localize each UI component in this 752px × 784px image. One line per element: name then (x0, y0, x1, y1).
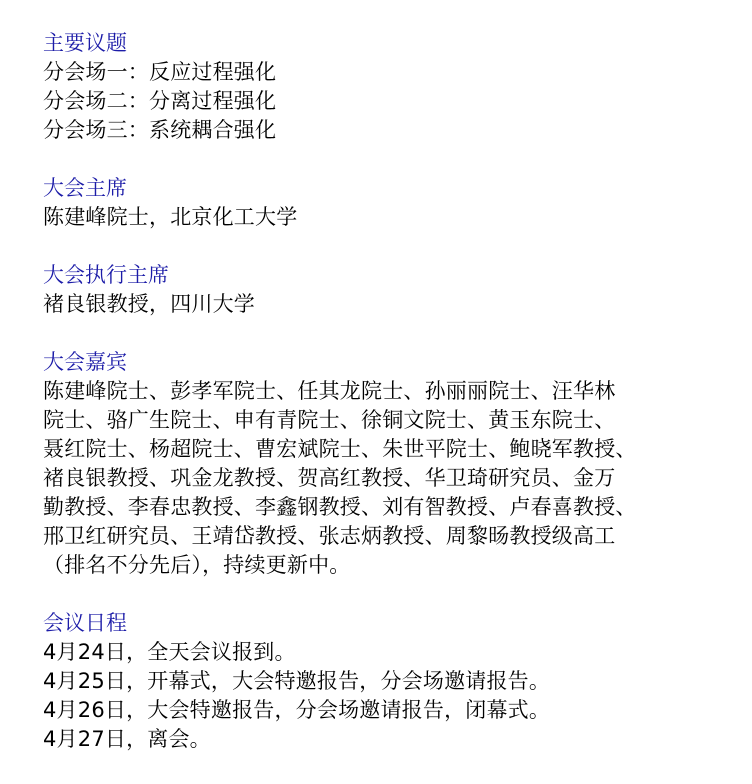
schedule-item: 4月24日，全天会议报到。 (43, 638, 743, 667)
schedule-item: 4月27日，离会。 (43, 725, 743, 754)
guest-list: 陈建峰院士、彭孝军院士、任其龙院士、孙丽丽院士、汪华林 院士、骆广生院士、申有青… (43, 377, 723, 580)
section-schedule: 会议日程 4月24日，全天会议报到。 4月25日，开幕式，大会特邀报告，分会场邀… (43, 609, 743, 754)
section-title-schedule: 会议日程 (43, 609, 743, 638)
guest-list-line: 褚良银教授、巩金龙教授、贺高红教授、华卫琦研究员、金万 (43, 464, 723, 493)
conference-info-page: 主要议题 分会场一：反应过程强化 分会场二：分离过程强化 分会场三：系统耦合强化… (43, 29, 743, 783)
topic-item: 分会场三：系统耦合强化 (43, 116, 743, 145)
executive-chair-name: 褚良银教授，四川大学 (43, 290, 743, 319)
guest-list-line: 勤教授、李春忠教授、李鑫钢教授、刘有智教授、卢春喜教授、 (43, 493, 723, 522)
section-chair: 大会主席 陈建峰院士，北京化工大学 (43, 174, 743, 232)
schedule-item: 4月25日，开幕式，大会特邀报告，分会场邀请报告。 (43, 667, 743, 696)
guest-list-line: 邢卫红研究员、王靖岱教授、张志炳教授、周黎旸教授级高工 (43, 522, 723, 551)
section-title-chair: 大会主席 (43, 174, 743, 203)
guest-list-line: 陈建峰院士、彭孝军院士、任其龙院士、孙丽丽院士、汪华林 (43, 377, 723, 406)
section-guests: 大会嘉宾 陈建峰院士、彭孝军院士、任其龙院士、孙丽丽院士、汪华林 院士、骆广生院… (43, 348, 743, 580)
section-executive-chair: 大会执行主席 褚良银教授，四川大学 (43, 261, 743, 319)
chair-name: 陈建峰院士，北京化工大学 (43, 203, 743, 232)
section-title-main-topics: 主要议题 (43, 29, 743, 58)
schedule-item: 4月26日，大会特邀报告，分会场邀请报告，闭幕式。 (43, 696, 743, 725)
guest-list-line: 聂红院士、杨超院士、曹宏斌院士、朱世平院士、鲍晓军教授、 (43, 435, 723, 464)
guest-list-line: 院士、骆广生院士、申有青院士、徐铜文院士、黄玉东院士、 (43, 406, 723, 435)
topic-item: 分会场一：反应过程强化 (43, 58, 743, 87)
guest-list-line: （排名不分先后），持续更新中。 (43, 551, 723, 580)
section-main-topics: 主要议题 分会场一：反应过程强化 分会场二：分离过程强化 分会场三：系统耦合强化 (43, 29, 743, 145)
topic-item: 分会场二：分离过程强化 (43, 87, 743, 116)
section-title-executive-chair: 大会执行主席 (43, 261, 743, 290)
section-title-guests: 大会嘉宾 (43, 348, 743, 377)
